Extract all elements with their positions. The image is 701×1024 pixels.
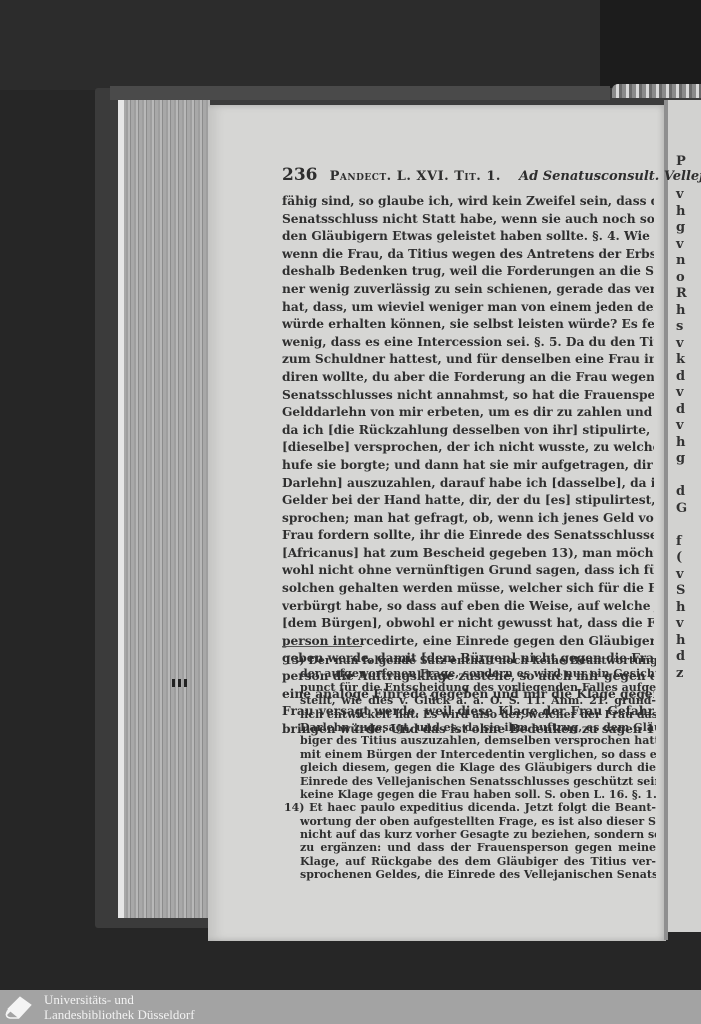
facing-page-letter: g [676, 451, 687, 468]
facing-page-text: PvhgvnoRhsvkdvdvhgdGf(vShvhdz [676, 154, 687, 682]
footnotes: 13) Der nun folgende Satz enthält noch k… [284, 654, 656, 882]
footnote-line: stellt, wie dies v. Glück a. a. O. S. 11… [284, 694, 656, 707]
body-line: [Africanus] hat zum Bescheid gegeben 13)… [282, 545, 654, 563]
running-head-title: Pandect. L. XVI. Tit. 1. [330, 169, 501, 184]
body-line: hat, dass, um wieviel weniger man von ei… [282, 299, 654, 317]
body-line: person intercedirte, eine Einrede gegen … [282, 633, 654, 651]
ink-smudge [172, 672, 196, 682]
facing-page-letter [676, 517, 687, 534]
backdrop [0, 0, 600, 90]
body-line: [dem Bürgen], obwohl er nicht gewusst ha… [282, 615, 654, 633]
facing-page-letter: v [676, 616, 687, 633]
facing-page: PvhgvnoRhsvkdvdvhgdGf(vShvhdz [668, 100, 701, 932]
footnote-line: gleich diesem, gegen die Klage des Gläub… [284, 761, 656, 774]
facing-page-letter: v [676, 418, 687, 435]
footnote-line: Klage, auf Rückgabe des dem Gläubiger de… [284, 855, 656, 868]
page-fore-edge-highlight [118, 100, 124, 918]
footnote-line: Darlehn zugesagt, und es, da sie ihm auf… [284, 721, 656, 734]
body-line: hufe sie borgte; und dann hat sie mir au… [282, 457, 654, 475]
body-line: wenn die Frau, da Titius wegen des Antre… [282, 246, 654, 264]
body-line: zum Schuldner hattest, und für denselben… [282, 351, 654, 369]
facing-page-letter: k [676, 352, 687, 369]
backdrop-shadow [600, 0, 701, 90]
facing-page-letter: n [676, 253, 687, 270]
facing-page-letter: v [676, 237, 687, 254]
facing-page-letter: G [676, 501, 687, 518]
footnote-line: wortung der oben aufgestellten Frage, es… [284, 815, 656, 828]
book-cover-top [110, 86, 610, 100]
facing-page-letter: d [676, 649, 687, 666]
body-line: Senatsschluss nicht Statt habe, wenn sie… [282, 211, 654, 229]
footnote-line: 14) Et haec paulo expeditius dicenda. Je… [284, 801, 656, 814]
footnote-line: lich entwickelt hat. Es wird also der, w… [284, 708, 656, 721]
running-head-subtitle: Ad Senatusconsult. Vellejan. [519, 169, 701, 184]
library-name-line1: Universitäts- und [44, 992, 195, 1007]
facing-page-letter: h [676, 204, 687, 221]
facing-page-letter: f [676, 534, 687, 551]
body-line: deshalb Bedenken trug, weil die Forderun… [282, 263, 654, 281]
body-line: verbürgt habe, so dass auf eben die Weis… [282, 598, 654, 616]
scan-scene: PvhgvnoRhsvkdvdvhgdGf(vShvhdz 236 Pandec… [0, 0, 701, 990]
facing-page-letter: o [676, 270, 687, 287]
body-line: solchen gehalten werden müsse, welcher s… [282, 580, 654, 598]
body-line: diren wollte, du aber die Forderung an d… [282, 369, 654, 387]
body-line: würde erhalten können, sie selbst leiste… [282, 316, 654, 334]
footnote-line: zu ergänzen: und dass der Frauensperson … [284, 841, 656, 854]
body-line: ner wenig zuverlässig zu sein schienen, … [282, 281, 654, 299]
facing-page-letter: v [676, 385, 687, 402]
body-line: wenig, dass es eine Intercession sei. §.… [282, 334, 654, 352]
facing-page-letter: v [676, 187, 687, 204]
footnote-line: mit einem Bürgen der Intercedentin vergl… [284, 748, 656, 761]
book-logo-icon [4, 993, 34, 1021]
body-line: wohl nicht ohne vernünftigen Grund sagen… [282, 562, 654, 580]
body-line: Darlehn] auszuzahlen, darauf habe ich [d… [282, 475, 654, 493]
facing-page-letter: z [676, 666, 687, 683]
footnote-line: sprochenen Geldes, die Einrede des Velle… [284, 868, 656, 881]
footnote-line: punct für die Entscheidung des vorliegen… [284, 681, 656, 694]
body-line: sprochen; man hat gefragt, ob, wenn ich … [282, 510, 654, 528]
facing-page-letter [676, 468, 687, 485]
body-line: Gelder bei der Hand hatte, dir, der du [… [282, 492, 654, 510]
body-line: fähig sind, so glaube ich, wird kein Zwe… [282, 193, 654, 211]
footnote-line: biger des Titius auszuzahlen, demselben … [284, 734, 656, 747]
library-name: Universitäts- und Landesbibliothek Düsse… [44, 992, 195, 1022]
facing-page-letter: R [676, 286, 687, 303]
body-line: da ich [die Rückzahlung desselben von ih… [282, 422, 654, 440]
facing-page-letter: d [676, 402, 687, 419]
body-line: den Gläubigern Etwas geleistet haben sol… [282, 228, 654, 246]
page-number: 236 [282, 165, 318, 185]
facing-page-letter: S [676, 583, 687, 600]
facing-page-letter: s [676, 319, 687, 336]
facing-page-letter: ( [676, 550, 687, 567]
footnote-line: der aufgeworfenen Frage, sondern es wird… [284, 667, 656, 680]
library-footer: Universitäts- und Landesbibliothek Düsse… [0, 990, 701, 1024]
facing-page-letter: d [676, 484, 687, 501]
library-name-line2: Landesbibliothek Düsseldorf [44, 1007, 195, 1022]
running-head: 236 Pandect. L. XVI. Tit. 1. Ad Senatusc… [282, 165, 664, 185]
body-line: [dieselbe] versprochen, der ich nicht wu… [282, 439, 654, 457]
footnote-rule [282, 646, 362, 647]
footnote-line: keine Klage gegen die Frau haben soll. S… [284, 788, 656, 801]
facing-page-letter: v [676, 567, 687, 584]
facing-page-letter: h [676, 303, 687, 320]
footnote-line: nicht auf das kurz vorher Gesagte zu bez… [284, 828, 656, 841]
facing-page-letter: h [676, 633, 687, 650]
facing-page-letter: d [676, 369, 687, 386]
book-headband [612, 84, 701, 98]
page-fore-edge [118, 100, 210, 918]
body-line: Gelddarlehn von mir erbeten, um es dir z… [282, 404, 654, 422]
body-line: Senatsschlusses nicht annahmst, so hat d… [282, 387, 654, 405]
facing-page-letter: h [676, 435, 687, 452]
body-line: Frau fordern sollte, ihr die Einrede des… [282, 527, 654, 545]
footnote-line: Einrede des Vellejanischen Senatsschluss… [284, 775, 656, 788]
facing-page-letter: v [676, 336, 687, 353]
facing-page-letter: h [676, 600, 687, 617]
footnote-line: 13) Der nun folgende Satz enthält noch k… [284, 654, 656, 667]
facing-page-letter: g [676, 220, 687, 237]
